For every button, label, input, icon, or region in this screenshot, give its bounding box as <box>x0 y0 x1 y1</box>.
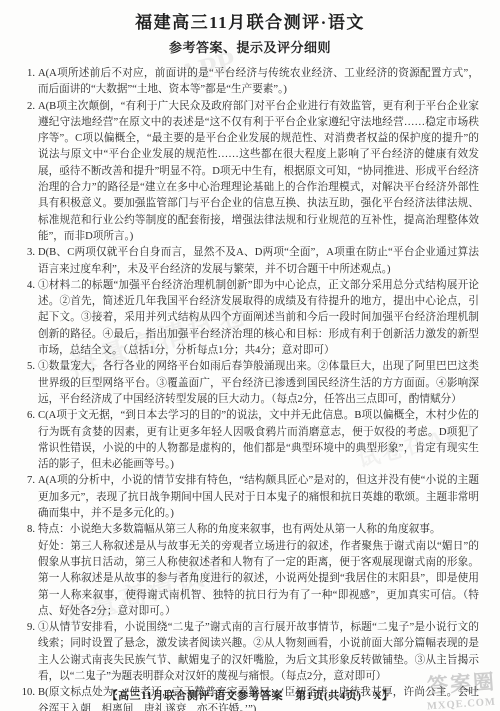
answer-item-text: 好处：第三人称叙述是从与故事无关的旁观者立场进行的叙述，作者聚焦于谢式南以“媚日… <box>38 539 479 620</box>
answer-item: 1.A(A项所述前后不对应，前面讲的是“平台经济与传统农业经济、工业经济的资源配… <box>20 66 479 99</box>
page-footer: 【高三11月联合测评·语文参考答案第1页(共4页)X】 <box>0 687 500 703</box>
answer-item-number: 2. <box>20 99 35 115</box>
answer-item-text: A(B项主次颠倒，“有利于广大民众及政府部门对平台企业进行有效监管，更有利于平台… <box>38 99 479 246</box>
footer-page-number: 第1页(共4页) <box>295 690 361 702</box>
header: 福建高三11月联合测评·语文 参考答案、提示及评分细则 <box>0 0 500 56</box>
answer-item: 6.C(A项于文无据，“到日本去学习的目的”的说法，文中并无此信息。B项以偏概全… <box>20 408 479 473</box>
answer-item: 5.①数量宠大，各行各业的网络平台如雨后春笋般涌现出来。②体量巨大，出现了阿里巴… <box>20 359 479 408</box>
answer-item: 2.A(B项主次颠倒，“有利于广大民众及政府部门对平台企业进行有效监管，更有利于… <box>20 99 479 246</box>
answer-list: 1.A(A项所述前后不对应，前面讲的是“平台经济与传统农业经济、工业经济的资源配… <box>20 66 479 711</box>
answer-item-number: 6. <box>20 408 35 424</box>
answer-item-number: 9. <box>20 620 35 636</box>
exam-title: 福建高三11月联合测评·语文 <box>0 0 500 33</box>
answer-item-number: 7. <box>20 473 35 489</box>
answer-item-number: 4. <box>20 278 35 294</box>
answer-item: 4.①材料二的标题“加强平台经济治理机制创新”即为中心论点，正文部分采用总分式结… <box>20 278 479 359</box>
answer-item-number: 5. <box>20 359 35 375</box>
exam-subtitle: 参考答案、提示及评分细则 <box>0 37 500 56</box>
answer-item-text: C(A项于文无据，“到日本去学习的目的”的说法，文中并无此信息。B项以偏概全，木… <box>38 408 479 473</box>
answer-item-text: ①数量宠大，各行各业的网络平台如雨后春笋般涌现出来。②体量巨大，出现了阿里巴巴这… <box>38 359 479 408</box>
answer-item: 8.特点：小说绝大多数篇幅从第三人称的角度来叙事，也有两处从第一人称的角度叙事。… <box>20 522 479 620</box>
answer-item-number: 3. <box>20 245 35 261</box>
answer-item-text: A(A项所述前后不对应，前面讲的是“平台经济与传统农业经济、工业经济的资源配置方… <box>38 66 479 99</box>
answer-item-text: ①从情节安排看，小说围绕“二鬼子”谢式南的言行展开故事情节，标题“二鬼子”是小说… <box>38 620 479 685</box>
answer-item: 9.①从情节安排看，小说围绕“二鬼子”谢式南的言行展开故事情节，标题“二鬼子”是… <box>20 620 479 685</box>
answer-item: 7.A(A项的分析中，小说的情节安排有特色，“结构颇具匠心”是对的，但这并没有使… <box>20 473 479 522</box>
answer-item-text: A(A项的分析中，小说的情节安排有特色，“结构颇具匠心”是对的，但这并没有使“小… <box>38 473 479 522</box>
answer-item-text: D(B、C两项仅就平台自身而言，显然不及A、D两项“全面”，A项重在防止“平台企… <box>38 245 479 278</box>
answer-sheet-page: APP 海量高清试卷 试卷在APP 海量高清试卷 答案圈 MXQE.COM 福建… <box>0 0 500 711</box>
footer-version-mark: X】 <box>373 690 393 702</box>
answer-item-text: 特点：小说绝大多数篇幅从第三人称的角度来叙事，也有两处从第一人称的角度叙事。 <box>38 522 479 538</box>
answer-item-number: 8. <box>20 522 35 538</box>
answer-item: 3.D(B、C两项仅就平台自身而言，显然不及A、D两项“全面”，A项重在防止“平… <box>20 245 479 278</box>
answer-item-text: ①材料二的标题“加强平台经济治理机制创新”即为中心论点，正文部分采用总分式结构展… <box>38 278 479 359</box>
answer-item-number: 1. <box>20 66 35 82</box>
footer-exam-name: 【高三11月联合测评·语文参考答案 <box>107 690 284 702</box>
